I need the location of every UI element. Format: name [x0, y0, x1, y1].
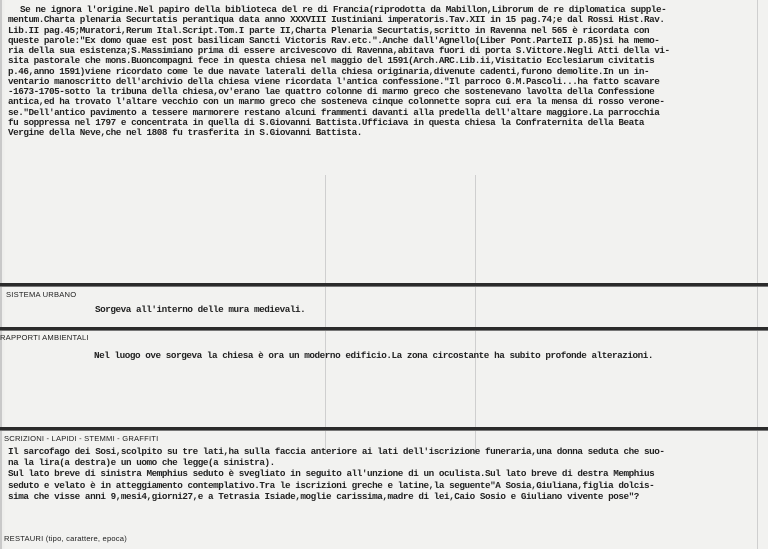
section-divider [0, 327, 768, 330]
bleed-through-line [757, 0, 758, 549]
bleed-through-line [475, 175, 476, 455]
history-paragraph: Se ne ignora l'origine.Nel papiro della … [8, 5, 670, 138]
text-line: Sul lato breve di sinistra Memphius sedu… [8, 469, 665, 480]
page-edge-shadow [0, 0, 2, 549]
section-divider [0, 283, 768, 286]
section-label-rapporti-ambientali: RAPPORTI AMBIENTALI [0, 333, 89, 342]
text-line: Vergine della Neve,che nel 1808 fu trasf… [8, 128, 670, 138]
scanned-document-page: Se ne ignora l'origine.Nel papiro della … [0, 0, 768, 549]
section-label-sistema-urbano: SISTEMA URBANO [6, 290, 76, 299]
text-line: sita pastorale che mons.Buoncompagni fec… [8, 56, 670, 66]
text-line: antica,ed ha trovato l'altare vecchio co… [8, 97, 670, 107]
rapporti-ambientali-text: Nel luogo ove sorgeva la chiesa è ora un… [94, 351, 653, 361]
text-line: sima che visse anni 9,mesi4,giorni27,e a… [8, 492, 665, 503]
section-divider [0, 427, 768, 430]
bleed-through-line [325, 175, 326, 455]
iscrizioni-paragraph: Il sarcofago dei Sosi,scolpito su tre la… [8, 447, 665, 503]
sistema-urbano-text: Sorgeva all'interno delle mura medievali… [95, 305, 305, 315]
section-label-restauri: RESTAURI (tipo, carattere, epoca) [4, 534, 127, 543]
text-line: mentum.Charta plenaria Securtatis perant… [8, 15, 670, 25]
section-label-iscrizioni: SCRIZIONI - LAPIDI - STEMMI - GRAFFITI [4, 434, 158, 443]
